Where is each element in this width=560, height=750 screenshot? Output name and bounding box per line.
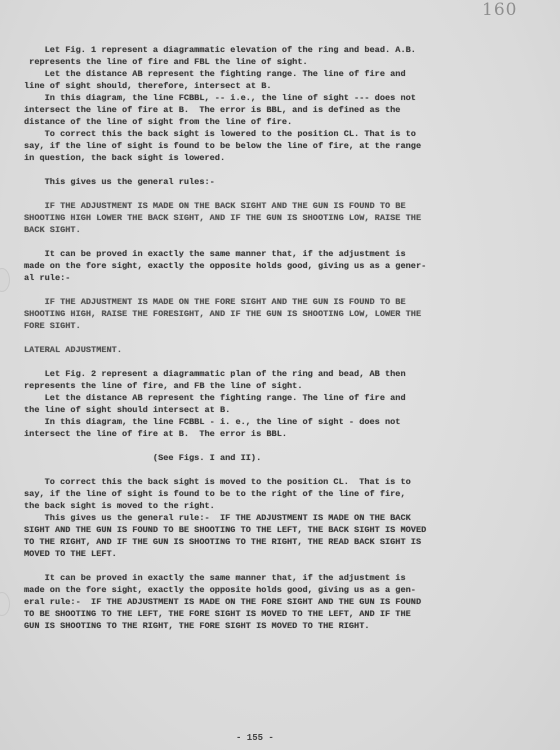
text-line: made on the fore sight, exactly the oppo… — [24, 260, 544, 272]
paragraph-gap — [24, 284, 544, 296]
punch-hole — [0, 268, 10, 292]
paragraph-gap — [24, 236, 544, 248]
text-line: GUN IS SHOOTING TO THE RIGHT, THE FORE S… — [24, 620, 544, 632]
paragraph-p12: It can be proved in exactly the same man… — [24, 560, 544, 632]
text-line: represents the line of fire, and FB the … — [24, 380, 544, 392]
paragraph-p3: In this diagram, the line FCBBL, -- i.e.… — [24, 92, 544, 128]
paragraph-p4: To correct this the back sight is lowere… — [24, 128, 544, 164]
paragraph-gap — [24, 464, 544, 476]
text-line: It can be proved in exactly the same man… — [24, 248, 544, 260]
punch-hole — [0, 592, 10, 616]
text-line: Let the distance AB represent the fighti… — [24, 68, 544, 80]
text-line: In this diagram, the line FCBBL, -- i.e.… — [24, 92, 544, 104]
paragraph-p11: This gives us the general rule:- IF THE … — [24, 512, 544, 560]
text-line: TO THE RIGHT, AND IF THE GUN IS SHOOTING… — [24, 536, 544, 548]
text-line: distance of the line of sight from the l… — [24, 116, 544, 128]
text-line: This gives us the general rules:- — [24, 176, 544, 188]
text-line: BACK SIGHT. — [24, 224, 544, 236]
paragraph-gap — [24, 560, 544, 572]
text-line: made on the fore sight, exactly the oppo… — [24, 584, 544, 596]
text-line: say, if the line of sight is found to be… — [24, 488, 544, 500]
text-line: al rule:- — [24, 272, 544, 284]
text-line: the line of sight should intersect at B. — [24, 404, 544, 416]
document-body: Let Fig. 1 represent a diagrammatic elev… — [24, 44, 544, 632]
text-line: represents the line of fire and FBL the … — [24, 56, 544, 68]
bottom-page-number: - 155 - — [236, 733, 274, 743]
paragraph-p8: Let the distance AB represent the fighti… — [24, 392, 544, 416]
paragraph-see_figs: (See Figs. I and II). — [24, 440, 544, 464]
paragraph-gap — [24, 164, 544, 176]
text-line: To correct this the back sight is lowere… — [24, 128, 544, 140]
paragraph-p6: It can be proved in exactly the same man… — [24, 236, 544, 284]
paragraph-p5: This gives us the general rules:- — [24, 164, 544, 188]
text-line: To correct this the back sight is moved … — [24, 476, 544, 488]
text-line: line of sight should, therefore, interse… — [24, 80, 544, 92]
paragraph-rule1: IF THE ADJUSTMENT IS MADE ON THE BACK SI… — [24, 188, 544, 236]
text-line: Let Fig. 1 represent a diagrammatic elev… — [24, 44, 544, 56]
text-line: LATERAL ADJUSTMENT. — [24, 344, 544, 356]
text-line: in question, the back sight is lowered. — [24, 152, 544, 164]
text-line: MOVED TO THE LEFT. — [24, 548, 544, 560]
text-line: This gives us the general rule:- IF THE … — [24, 512, 544, 524]
paragraph-p10: To correct this the back sight is moved … — [24, 464, 544, 512]
paragraph-heading: LATERAL ADJUSTMENT. — [24, 332, 544, 356]
paragraph-p1: Let Fig. 1 represent a diagrammatic elev… — [24, 44, 544, 68]
text-line: It can be proved in exactly the same man… — [24, 572, 544, 584]
text-line: Let Fig. 2 represent a diagrammatic plan… — [24, 368, 544, 380]
paragraph-p2: Let the distance AB represent the fighti… — [24, 68, 544, 92]
top-page-number: 160 — [482, 0, 517, 20]
text-line: TO BE SHOOTING TO THE LEFT, THE FORE SIG… — [24, 608, 544, 620]
paragraph-gap — [24, 332, 544, 344]
paragraph-gap — [24, 440, 544, 452]
paragraph-rule2: IF THE ADJUSTMENT IS MADE ON THE FORE SI… — [24, 284, 544, 332]
text-line: (See Figs. I and II). — [24, 452, 544, 464]
text-line: say, if the line of sight is found to be… — [24, 140, 544, 152]
paragraph-gap — [24, 356, 544, 368]
text-line: eral rule:- IF THE ADJUSTMENT IS MADE ON… — [24, 596, 544, 608]
text-line: In this diagram, the line FCBBL - i. e.,… — [24, 416, 544, 428]
paragraph-p9: In this diagram, the line FCBBL - i. e.,… — [24, 416, 544, 440]
text-line: IF THE ADJUSTMENT IS MADE ON THE BACK SI… — [24, 200, 544, 212]
text-line: SHOOTING HIGH LOWER THE BACK SIGHT, AND … — [24, 212, 544, 224]
text-line: intersect the line of fire at B. The err… — [24, 104, 544, 116]
text-line: SIGHT AND THE GUN IS FOUND TO BE SHOOTIN… — [24, 524, 544, 536]
paragraph-gap — [24, 188, 544, 200]
document-page: 160 Let Fig. 1 represent a diagrammatic … — [0, 0, 560, 750]
paragraph-p7: Let Fig. 2 represent a diagrammatic plan… — [24, 356, 544, 392]
text-line: Let the distance AB represent the fighti… — [24, 392, 544, 404]
text-line: the back sight is moved to the right. — [24, 500, 544, 512]
text-line: SHOOTING HIGH, RAISE THE FORESIGHT, AND … — [24, 308, 544, 320]
text-line: IF THE ADJUSTMENT IS MADE ON THE FORE SI… — [24, 296, 544, 308]
text-line: intersect the line of fire at B. The err… — [24, 428, 544, 440]
text-line: FORE SIGHT. — [24, 320, 544, 332]
